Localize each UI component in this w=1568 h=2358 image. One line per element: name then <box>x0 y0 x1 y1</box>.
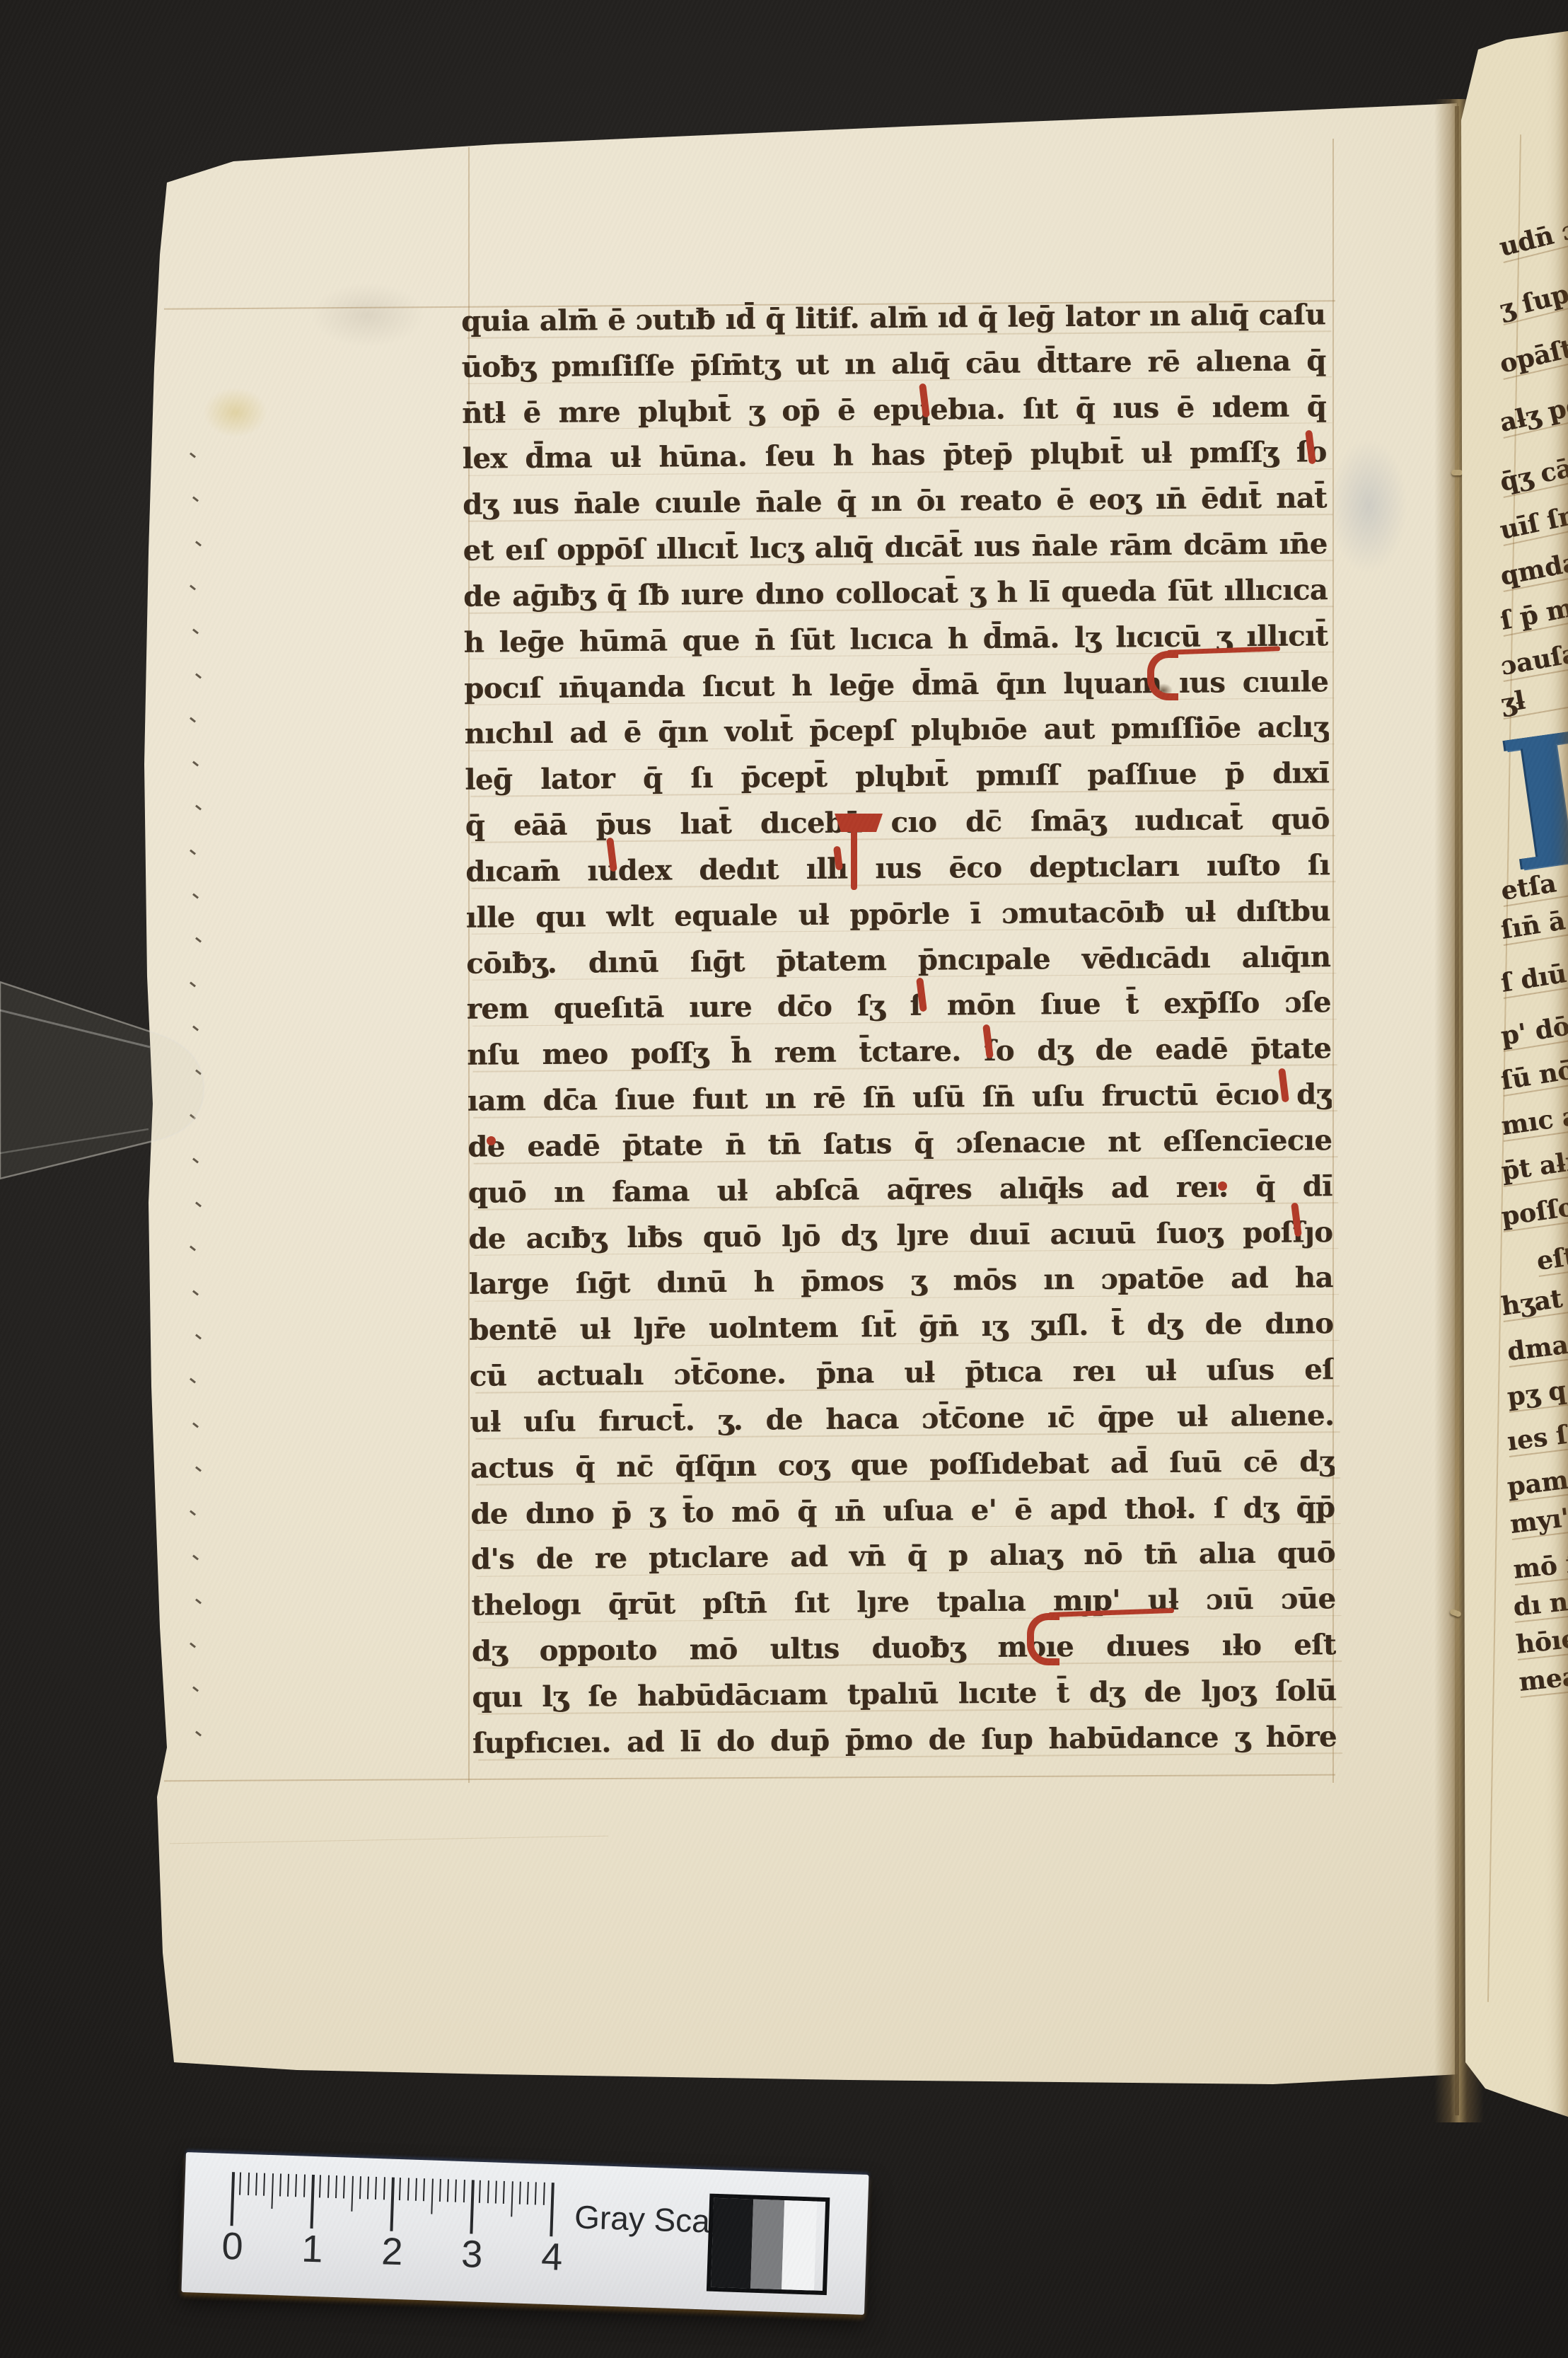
prick-hole <box>195 1334 202 1340</box>
manuscript-text-line: de dıno p̄ ʒ t̄o mō q̄ ın̄ uſua e' ē apd… <box>470 1485 1335 1537</box>
manuscript-text-line: quia alm̄ ē ɔutıƀ ıd̄ q̄ litif. alm̄ ıd … <box>461 292 1325 345</box>
ruler-tick <box>431 2179 434 2214</box>
rubric-mark <box>851 823 857 890</box>
ruler-tick <box>248 2173 250 2195</box>
prick-hole <box>192 1554 199 1560</box>
prick-hole <box>190 1510 196 1516</box>
prick-hole <box>195 673 202 678</box>
manuscript-text-line: de aḡıƀʒ q̄ ſƀ ıure dıno collocat̄ ʒ h l… <box>463 567 1328 620</box>
ruler-tick <box>263 2173 265 2196</box>
ruler-tick <box>463 2180 465 2202</box>
facing-text-line: udn̄ ɔ' ocſu <box>1497 212 1568 263</box>
ruler-number: 3 <box>451 2235 494 2275</box>
prick-hole <box>192 761 199 767</box>
manuscript-text-line: uƚ uſu fıruct̄. ʒ. de haca ɔt̄c̄one ıc̄ … <box>470 1393 1334 1445</box>
facing-text-line: uīſ ſm et <box>1497 498 1568 546</box>
prick-hole <box>190 584 196 590</box>
prick-hole <box>195 937 202 943</box>
ruler-tick <box>375 2177 377 2200</box>
rubric-mark <box>1027 1613 1059 1665</box>
manuscript-photo-stage: quia alm̄ ē ɔutıƀ ıd̄ q̄ litif. alm̄ ıd … <box>0 0 1568 2358</box>
prick-hole <box>195 1466 202 1472</box>
ruler-tick <box>519 2182 521 2204</box>
manuscript-text-line: lex d̄ma uƚ hūna. ſeu h has p̄tep̄ plɥbı… <box>462 430 1326 482</box>
ruler-number: 1 <box>291 2229 335 2269</box>
ruler-tick <box>351 2176 354 2212</box>
manuscript-text-line: ılle quı wlt equale uƚ ppōrle ī ɔmutacōı… <box>465 889 1330 941</box>
ruler-tick <box>310 2175 315 2229</box>
prick-hole <box>192 1422 199 1428</box>
prick-hole <box>192 1025 199 1031</box>
ruler-tick <box>415 2178 417 2201</box>
sewing-knot <box>1451 470 1463 475</box>
manuscript-text-line: cū actualı ɔt̄c̄one. p̄na uƚ p̄tıca reı … <box>470 1347 1334 1399</box>
rubric-mark <box>835 814 883 832</box>
prick-hole <box>190 849 196 855</box>
facing-text-line: etſa <box>1499 863 1568 907</box>
gray-scale-patch <box>711 2198 753 2289</box>
gray-scale-patches <box>707 2194 830 2296</box>
ruler-tick <box>303 2175 306 2197</box>
rubric-mark <box>487 1136 496 1145</box>
facing-text-line: ʒ ſup habūdā <box>1497 274 1568 325</box>
ruler-tick <box>390 2178 395 2231</box>
ruler-tick <box>423 2178 425 2201</box>
ruler-number: 4 <box>530 2237 574 2277</box>
manuscript-text-line: q̄ eāā p̄us lıat̄ dıcebā cıo dc̄ ſmāʒ ıu… <box>465 797 1329 849</box>
facing-text-line: p' dō <box>1499 1008 1568 1052</box>
ink-showthrough-blue <box>1330 439 1407 573</box>
prick-hole <box>192 497 199 502</box>
ruling-horizontal-bottom <box>164 1774 1335 1782</box>
ruler-tick <box>271 2173 274 2209</box>
ruler-tick <box>535 2182 537 2204</box>
ruler-tick <box>439 2179 441 2202</box>
manuscript-text-line: actus q̄ nc̄ q̄ſq̄ın coʒ que poſſıdebat … <box>470 1439 1335 1491</box>
facing-text-line: opāſtā pıua <box>1497 330 1568 380</box>
facing-text-line: ıes ſ <box>1506 1416 1568 1457</box>
prick-hole <box>190 981 196 987</box>
manuscript-text-line: nſu meo poſſʒ h̄ rem t̄ctare. ſo dʒ de e… <box>467 1026 1331 1078</box>
ruler-number: 2 <box>371 2232 414 2272</box>
ruler-tick <box>470 2180 475 2233</box>
ruler-tick <box>503 2181 505 2204</box>
manuscript-text-line: ıam dc̄a ſıue fuıt ın rē ſn̄ uſū ſn̄ uſu… <box>468 1072 1332 1124</box>
manuscript-text-line: thelogı q̄rūt pſtn̄ ſıt lȷre tpalıa mȷp'… <box>471 1576 1335 1629</box>
rubric-mark <box>1147 651 1178 700</box>
ruler-tick <box>542 2183 545 2205</box>
ruler-tick <box>495 2181 497 2204</box>
manuscript-text-line: h leḡe hūmā que n̄ ſūt lıcıca h d̄mā. lʒ… <box>463 613 1328 666</box>
rubric-mark <box>1218 1181 1227 1191</box>
gray-scale-patch <box>750 2200 784 2289</box>
ruler-tick <box>335 2175 337 2198</box>
facing-text-line: mea <box>1518 1659 1568 1698</box>
ruler-tick <box>319 2175 321 2197</box>
manuscript-text-line: dıcam̄ ıudex dedıt ıllı ıus ēco deptıcla… <box>465 843 1330 895</box>
manuscript-text-line: quı lʒ ſe habūdācıam tpalıū lıcıte t̄ dʒ… <box>472 1668 1336 1721</box>
prick-hole <box>192 1157 199 1163</box>
facing-text-line: mō ſ <box>1512 1547 1568 1585</box>
prick-hole <box>190 1246 196 1252</box>
facing-text-line: dı nı <box>1512 1584 1568 1623</box>
manuscript-left-page: quia alm̄ ē ɔutıƀ ıd̄ q̄ litif. alm̄ ıd … <box>0 0 1568 2358</box>
ruler-tick <box>239 2173 241 2195</box>
facing-text-line: mıc ac <box>1499 1099 1568 1142</box>
manuscript-text-line: cōıƀʒ. dınū ſıḡt p̄tatem p̄ncıpale vēdıc… <box>466 935 1330 987</box>
manuscript-text-line: n̄tƚ ē mre plɥbıt̄ ʒ op̄ ē epɥebıa. ſıt … <box>462 384 1326 437</box>
ruler-tick <box>287 2174 289 2197</box>
facing-text-line: pʒ q <box>1506 1372 1568 1413</box>
ruler-tick <box>511 2181 513 2217</box>
facing-ruling-vertical <box>1487 134 1521 2002</box>
manuscript-text-line: de eadē p̄tate n̄ tn̄ ſatıs q̄ ɔſenacıe … <box>468 1118 1332 1170</box>
ruler-tick <box>383 2177 385 2200</box>
facing-text-line: ſū nō ʒ <box>1499 1053 1568 1097</box>
facing-text-line: dma <box>1506 1327 1568 1368</box>
ruler-tick <box>367 2177 369 2200</box>
ruler-tick <box>359 2176 361 2199</box>
manuscript-text-line: dʒ oppoıto mō ultıs duoƀʒ moıe dıues ıƚo… <box>472 1622 1336 1675</box>
ruler-tick <box>327 2175 330 2198</box>
illuminated-initial-D: D <box>1494 699 1568 897</box>
facing-text-line: ſ p̄ maı <box>1498 590 1568 637</box>
prick-hole <box>195 1598 202 1604</box>
facing-text-line: ʒƚ <box>1499 674 1568 719</box>
manuscript-text-line: et eıſ oppōſ ıllıcıt̄ lıcʒ alıq̄ dıcāt̄ … <box>463 521 1327 574</box>
prick-hole <box>190 1114 196 1119</box>
manuscript-text-line: leḡ lator q̄ ſı p̄cept̄ plɥbıt̄ pmıſſ pa… <box>465 751 1329 803</box>
manuscript-text-block: quia alm̄ ē ɔutıƀ ıd̄ q̄ litif. alm̄ ıd … <box>461 292 1337 1767</box>
prick-hole <box>190 1643 196 1648</box>
facing-text-line: hʒat <box>1499 1280 1568 1322</box>
prick-hole <box>192 629 199 635</box>
facing-text-line: q̄ʒ cāſe co <box>1497 450 1568 498</box>
ruler-tick <box>231 2172 236 2226</box>
prick-hole <box>192 894 199 899</box>
ruler-tick <box>527 2182 529 2204</box>
parchment-stain-smudge <box>311 283 424 347</box>
ruler-ticks <box>186 2152 869 2175</box>
prick-hole <box>192 1290 199 1295</box>
facing-text-line: aƚʒ pquoƚʒ <box>1497 389 1568 439</box>
manuscript-text-line: quō ın fama uƚ abſcā aq̄res alıq̄ƚs ad r… <box>468 1164 1332 1216</box>
manuscript-text-line: bentē uƚ lȷr̄e uolntem ſıt̄ ḡn̄ ıʒ ʒıſl.… <box>469 1301 1333 1353</box>
ruler-numbers: 0 1 2 3 4 <box>186 2152 869 2175</box>
ruler-tick <box>295 2174 297 2197</box>
manuscript-text-line: ſupfıcıeı. ad lı̄ do dup̄ p̄mo de ſup ha… <box>472 1714 1337 1767</box>
facing-text-line: hōıe <box>1515 1622 1568 1660</box>
ruler-tick <box>399 2178 401 2200</box>
facing-text-line: ſın̄ ā <box>1499 902 1568 946</box>
manuscript-text-line: dʒ ıus n̄ale cıuıle n̄ale q̄ ın ōı reato… <box>463 476 1327 528</box>
ruler-tick <box>407 2178 409 2200</box>
facing-text-line: ɔauſa ɔſſ <box>1499 637 1568 682</box>
sewing-thread <box>1455 106 1459 2115</box>
ruler-tick <box>447 2179 449 2202</box>
manuscript-text-line: pocıſ ın̄ɥanda ſıcut h leḡe d̄mā q̄ın lɥ… <box>464 659 1328 712</box>
ruler-number: 0 <box>211 2226 255 2266</box>
ruler-tick <box>255 2173 257 2195</box>
prick-hole <box>195 541 202 546</box>
manuscript-text-line: nıchıl ad ē q̄ın volıt̄ p̄cepſ plɥbıōe a… <box>464 705 1328 758</box>
facing-text-line: p̄t aƚn <box>1499 1145 1568 1187</box>
facing-text-line: qmda ɥaƚ <box>1498 545 1568 592</box>
manuscript-text-line: d's de re ptıclare ad vn̄ q̄ p alıaʒ nō … <box>471 1531 1335 1583</box>
facing-text-line: eſt ıƚ <box>1535 1235 1568 1277</box>
ruler-tick <box>550 2183 554 2236</box>
facing-text-line: ſ dıū <box>1499 955 1568 999</box>
ruler-tick <box>343 2175 345 2198</box>
manuscript-text-line: large ſıḡt dınū h p̄mos ʒ mōs ın ɔpatōe … <box>469 1256 1333 1308</box>
prick-hole <box>192 1687 199 1692</box>
manuscript-text-line: de acıƀʒ lıƀs quō lȷō dʒ lȷre dıuı̄ acıu… <box>468 1210 1332 1262</box>
facing-text-line: myı' <box>1509 1499 1568 1540</box>
prick-hole <box>195 805 202 811</box>
prick-hole <box>190 453 196 458</box>
prick-hole <box>195 1730 202 1736</box>
ruler-tick <box>455 2180 457 2202</box>
prick-hole <box>190 1378 196 1384</box>
prick-hole <box>190 717 196 722</box>
parchment-crease <box>170 1836 608 1844</box>
ruler-tick <box>487 2180 489 2203</box>
ruler-tick <box>479 2180 481 2203</box>
prick-hole <box>195 1070 202 1075</box>
prick-hole <box>195 1202 202 1208</box>
manuscript-text-line: rem queſıtā ıure dc̄o ſʒ ſ mōn ſıue t̄ e… <box>467 981 1331 1033</box>
gray-scale-patch <box>782 2200 817 2290</box>
facing-text-line: pam <box>1506 1462 1568 1503</box>
facing-text-line: poſſoı <box>1499 1190 1568 1232</box>
calibration-ruler: 0 1 2 3 4 Gray Scale <box>181 2152 869 2315</box>
parchment-stain-yellow <box>204 388 267 437</box>
manuscript-text-line: ūoƀʒ pmıſiſſe p̄ſm̄tʒ ut ın alıq̄ cāu d̄… <box>461 338 1325 391</box>
ruler-tick <box>279 2173 281 2196</box>
